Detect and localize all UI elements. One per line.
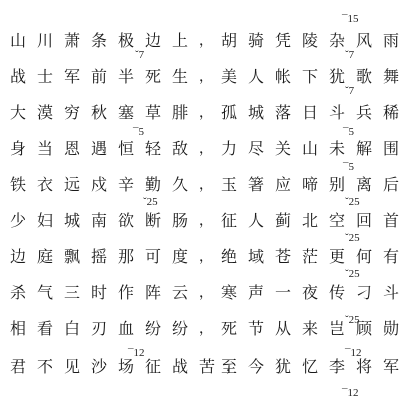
poem-char: 忆 <box>302 357 329 377</box>
poem-char: 犹 <box>275 357 302 377</box>
poem-char: 飘 <box>64 247 91 267</box>
poem-char: 血 <box>118 319 145 339</box>
poem-char: 战 <box>172 357 199 377</box>
poem-char: 衣 <box>37 175 64 195</box>
poem-line-right: 美人帐下犹歌舞！ <box>221 67 400 87</box>
poem-char: 李 <box>329 357 356 377</box>
rhyme-annotation: ¯12 <box>345 347 362 359</box>
poem-char: 骑 <box>248 31 275 51</box>
poem-char: 斗 <box>383 283 400 303</box>
poem-char: 当 <box>37 139 64 159</box>
poem-line-left: 身当恩遇恒轻敌， <box>10 139 213 159</box>
poem-char: 作 <box>118 283 145 303</box>
poem-line-left: 相看白刃血纷纷， <box>10 319 213 339</box>
poem-char: 纷 <box>145 319 172 339</box>
punctuation: ， <box>199 175 213 195</box>
poem-line-right: 玉箸应啼别离后。 <box>221 175 400 195</box>
poem-char: 极 <box>118 31 145 51</box>
poem-char: 穷 <box>64 103 91 123</box>
poem-char: 川 <box>37 31 64 51</box>
poem-char: 将 <box>356 357 383 377</box>
poem-char: 别 <box>329 175 356 195</box>
poem-char: 秋 <box>91 103 118 123</box>
poem-char: 刃 <box>91 319 118 339</box>
poem-char: 人 <box>248 211 275 231</box>
poem-char: 箸 <box>248 175 275 195</box>
poem-char: 军 <box>64 67 91 87</box>
poem-char: 茫 <box>302 247 329 267</box>
rhyme-annotation: ˇ7 <box>345 49 354 61</box>
poem-char: 边 <box>145 31 172 51</box>
poem-char: 何 <box>356 247 383 267</box>
poem-char: 萧 <box>64 31 91 51</box>
poem-char: 那 <box>118 247 145 267</box>
poem-char: 蓟 <box>275 211 302 231</box>
punctuation: ， <box>199 67 213 87</box>
poem-char: 云 <box>172 283 199 303</box>
poem-char: 妇 <box>37 211 64 231</box>
poem-char: 勤 <box>145 175 172 195</box>
poem-char: 兵 <box>356 103 383 123</box>
poem-char: 度 <box>172 247 199 267</box>
poem-char: 顾 <box>356 319 383 339</box>
punctuation: ， <box>199 103 213 123</box>
poem-char: 欲 <box>118 211 145 231</box>
poem-char: 摇 <box>91 247 118 267</box>
poem-char: 恩 <box>64 139 91 159</box>
poem-char: 上 <box>172 31 199 51</box>
poem-char: 征 <box>221 211 248 231</box>
poem-line-left: 边庭飘摇那可度， <box>10 247 213 267</box>
poem-char: 场 <box>118 357 145 377</box>
poem-char: 尽 <box>248 139 275 159</box>
poem-char: 边 <box>10 247 37 267</box>
poem-char: 肠 <box>172 211 199 231</box>
poem-char: 杂 <box>329 31 356 51</box>
poem-char: 首 <box>383 211 400 231</box>
punctuation: ， <box>199 319 213 339</box>
poem-line-right: 死节从来岂顾勋？ <box>221 319 400 339</box>
poem-line-left: 铁衣远戍辛勤久， <box>10 175 213 195</box>
poem-line-left: 大漠穷秋塞草腓， <box>10 103 213 123</box>
poem-char: 啼 <box>302 175 329 195</box>
poem-char: 相 <box>10 319 37 339</box>
poem-line-right: 胡骑凭陵杂风雨。 <box>221 31 400 51</box>
poem-char: 辛 <box>118 175 145 195</box>
poem-char: 山 <box>10 31 37 51</box>
rhyme-annotation: ˇ25 <box>345 314 360 326</box>
poem-char: 生 <box>172 67 199 87</box>
rhyme-annotation: ¯15 <box>342 13 359 25</box>
poem-line-left: 少妇城南欲断肠， <box>10 211 213 231</box>
poem-char: 玉 <box>221 175 248 195</box>
poem-char: 大 <box>10 103 37 123</box>
poem-char: 死 <box>145 67 172 87</box>
poem-line-right: 力尽关山未解围。 <box>221 139 400 159</box>
poem-char: 歌 <box>356 67 383 87</box>
poem-char: 斗 <box>329 103 356 123</box>
poem-char: 草 <box>145 103 172 123</box>
poem-char: 勋 <box>383 319 400 339</box>
poem-line-right: 孤城落日斗兵稀。 <box>221 103 400 123</box>
poem-char: 漠 <box>37 103 64 123</box>
poem-char: 征 <box>145 357 172 377</box>
poem-line-right: 至今犹忆李将军！ <box>221 357 400 377</box>
poem-char: 轻 <box>145 139 172 159</box>
poem-char: 可 <box>145 247 172 267</box>
poem-char: 美 <box>221 67 248 87</box>
rhyme-annotation: ¯5 <box>343 161 354 173</box>
poem-char: 君 <box>10 357 37 377</box>
poem-char: 离 <box>356 175 383 195</box>
poem-char: 看 <box>37 319 64 339</box>
poem-char: 更 <box>329 247 356 267</box>
poem-char: 战 <box>10 67 37 87</box>
punctuation: ， <box>199 211 213 231</box>
rhyme-annotation: ˇ25 <box>345 268 360 280</box>
punctuation: ， <box>199 247 213 267</box>
poem-char: 北 <box>302 211 329 231</box>
poem-char: 城 <box>248 103 275 123</box>
punctuation: ， <box>199 283 213 303</box>
poem-char: 铁 <box>10 175 37 195</box>
poem-char: 未 <box>329 139 356 159</box>
poem-char: 域 <box>248 247 275 267</box>
poem-char: 有 <box>383 247 400 267</box>
poem-char: 士 <box>37 67 64 87</box>
poem-line-left: 杀气三时作阵云， <box>10 283 213 303</box>
poem-char: 节 <box>248 319 275 339</box>
rhyme-annotation: ˇ25 <box>345 196 360 208</box>
poem-char: 腓 <box>172 103 199 123</box>
poem-char: 声 <box>248 283 275 303</box>
poem-char: 塞 <box>118 103 145 123</box>
poem-char: 恒 <box>118 139 145 159</box>
poem-char: 传 <box>329 283 356 303</box>
poem-char: 远 <box>64 175 91 195</box>
poem-char: 苍 <box>275 247 302 267</box>
poem-char: 空 <box>329 211 356 231</box>
poem-char: 关 <box>275 139 302 159</box>
poem-char: 前 <box>91 67 118 87</box>
punctuation: ， <box>199 139 213 159</box>
poem-char: 纷 <box>172 319 199 339</box>
poem-char: 沙 <box>91 357 118 377</box>
rhyme-annotation: ¯12 <box>128 347 145 359</box>
poem-char: 后 <box>383 175 400 195</box>
poem-char: 舞 <box>383 67 400 87</box>
punctuation: ， <box>199 31 213 51</box>
poem-char: 下 <box>302 67 329 87</box>
poem-char: 三 <box>64 283 91 303</box>
poem-char: 一 <box>275 283 302 303</box>
poem-char: 不 <box>37 357 64 377</box>
poem-char: 戍 <box>91 175 118 195</box>
poem-char: 白 <box>64 319 91 339</box>
poem-char: 杀 <box>10 283 37 303</box>
poem-char: 帐 <box>275 67 302 87</box>
poem-char: 凭 <box>275 31 302 51</box>
poem-char: 风 <box>356 31 383 51</box>
poem-char: 力 <box>221 139 248 159</box>
poem-char: 雨 <box>383 31 400 51</box>
poem-char: 落 <box>275 103 302 123</box>
poem-char: 刁 <box>356 283 383 303</box>
poem-char: 日 <box>302 103 329 123</box>
poem-char: 断 <box>145 211 172 231</box>
poem-char: 时 <box>91 283 118 303</box>
poem-char: 寒 <box>221 283 248 303</box>
poem-char: 回 <box>356 211 383 231</box>
poem-char: 绝 <box>221 247 248 267</box>
poem-char: 死 <box>221 319 248 339</box>
poem-char: 见 <box>64 357 91 377</box>
poem-char: 久 <box>172 175 199 195</box>
poem-char: 南 <box>91 211 118 231</box>
poem-line-right: 寒声一夜传刁斗。 <box>221 283 400 303</box>
poem-char: 城 <box>64 211 91 231</box>
poem-char: 军 <box>383 357 400 377</box>
poem-char: 人 <box>248 67 275 87</box>
poem-char: 夜 <box>302 283 329 303</box>
poem-char: 今 <box>248 357 275 377</box>
poem-char: 阵 <box>145 283 172 303</box>
rhyme-annotation: ˇ25 <box>345 232 360 244</box>
poem-char: 气 <box>37 283 64 303</box>
poem-char: 敌 <box>172 139 199 159</box>
poem-line-left: 战士军前半死生， <box>10 67 213 87</box>
poem-char: 少 <box>10 211 37 231</box>
poem-line-left: 君不见沙场征战苦， <box>10 357 240 377</box>
poem-char: 陵 <box>302 31 329 51</box>
poem-line-right: 征人蓟北空回首。 <box>221 211 400 231</box>
poem-char: 从 <box>275 319 302 339</box>
rhyme-annotation: ˇ7 <box>135 49 144 61</box>
poem-char: 犹 <box>329 67 356 87</box>
poem-char: 庭 <box>37 247 64 267</box>
poem-char: 半 <box>118 67 145 87</box>
poem-char: 解 <box>356 139 383 159</box>
rhyme-annotation: ¯5 <box>343 126 354 138</box>
rhyme-annotation: ¯5 <box>133 126 144 138</box>
poem-char: 条 <box>91 31 118 51</box>
poem-char: 遇 <box>91 139 118 159</box>
poem-char: 来 <box>302 319 329 339</box>
poem-char: 山 <box>302 139 329 159</box>
poem-char: 胡 <box>221 31 248 51</box>
poem-char: 围 <box>383 139 400 159</box>
rhyme-annotation: ˇ25 <box>143 196 158 208</box>
rhyme-annotation: ¯12 <box>342 387 359 399</box>
poem-line-right: 绝域苍茫更何有！ <box>221 247 400 267</box>
poem-char: 孤 <box>221 103 248 123</box>
poem-char: 应 <box>275 175 302 195</box>
poem-char: 稀 <box>383 103 400 123</box>
poem-char: 至 <box>221 357 248 377</box>
rhyme-annotation: ˇ7 <box>345 85 354 97</box>
poem-char: 身 <box>10 139 37 159</box>
poem-line-left: 山川萧条极边上， <box>10 31 213 51</box>
